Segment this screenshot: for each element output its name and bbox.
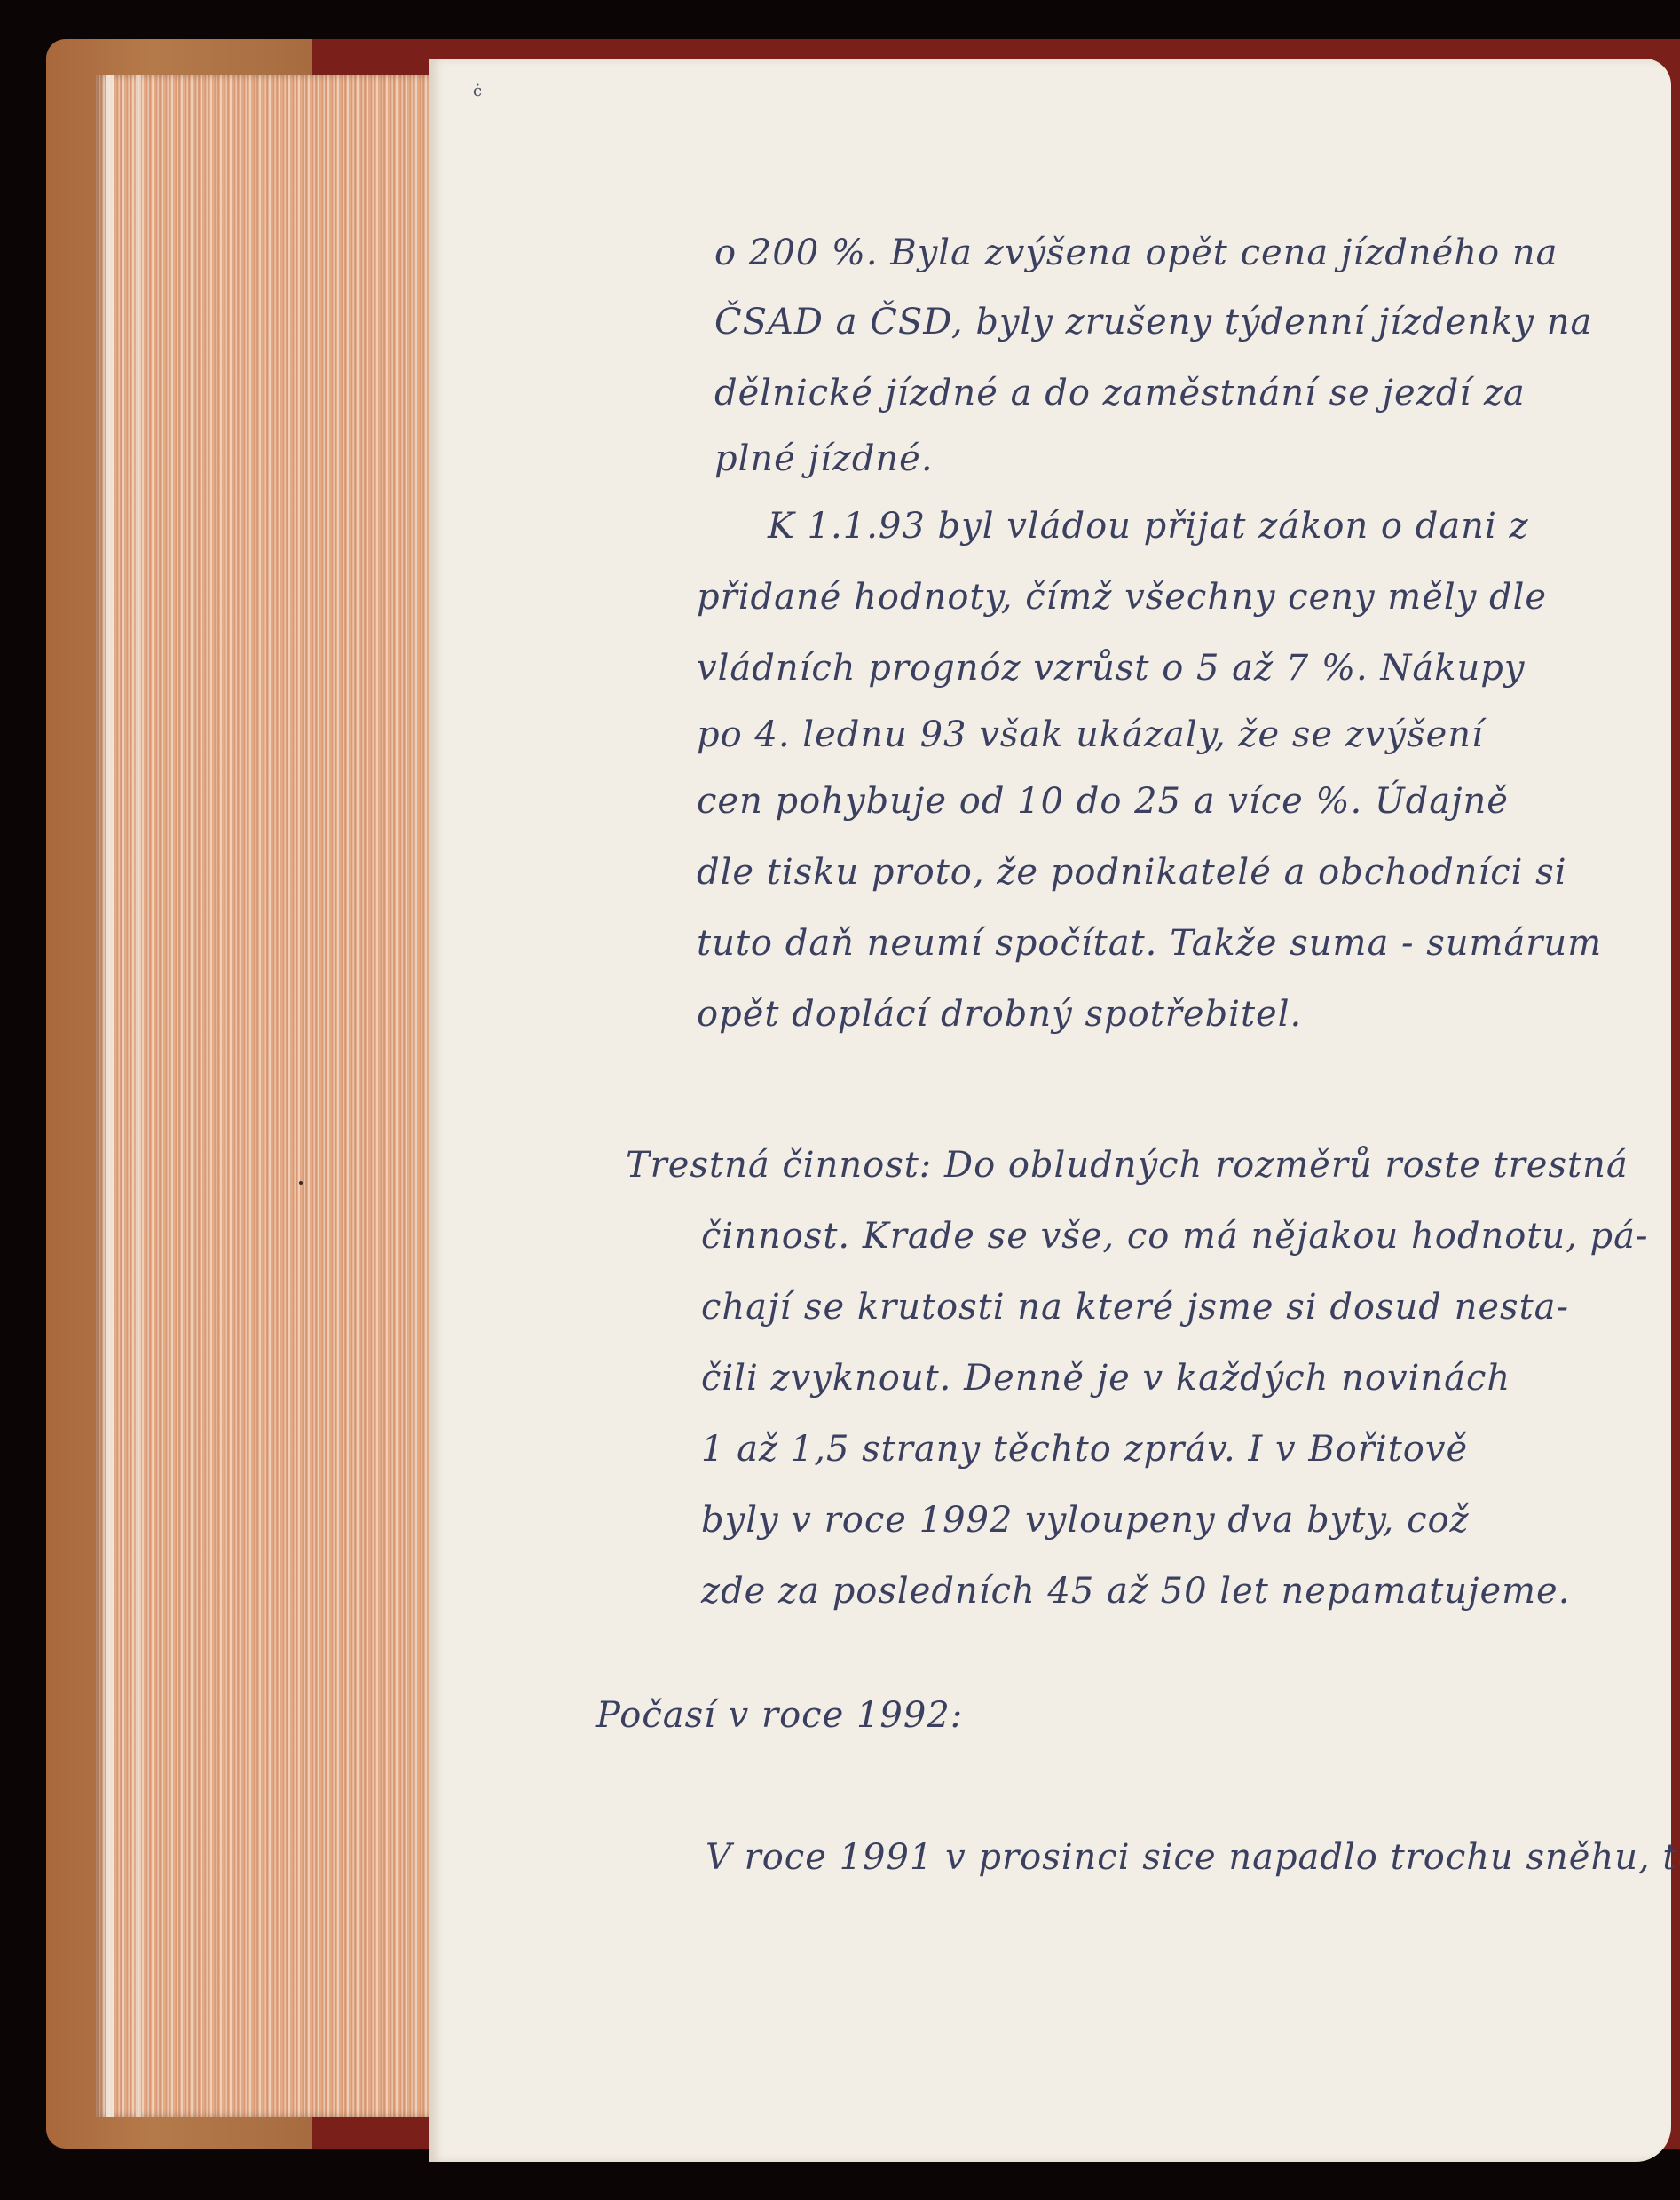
page-mark: ċ (473, 82, 482, 100)
text-line: chají se krutosti na které jsme si dosud… (701, 1287, 1569, 1328)
page-edge-highlight (136, 75, 141, 2117)
section-heading: Počasí v roce 1992: (596, 1695, 963, 1736)
section-heading-line: Trestná činnost: Do obludných rozměrů ro… (626, 1145, 1629, 1186)
text-line: tuto daň neumí spočítat. Takže suma - su… (697, 923, 1602, 964)
text-line: 1 až 1,5 strany těchto zpráv. I v Bořito… (701, 1429, 1468, 1470)
text-line: dle tisku proto, že podnikatelé a obchod… (697, 852, 1567, 893)
text-line: ČSAD a ČSD, byly zrušeny týdenní jízdenk… (714, 302, 1592, 343)
text-line: opět doplácí drobný spotřebitel. (697, 994, 1302, 1035)
text-line: přidané hodnoty, čímž všechny ceny měly … (697, 577, 1547, 618)
text-line: o 200 %. Byla zvýšena opět cena jízdného… (714, 233, 1558, 273)
text-line: po 4. lednu 93 však ukázaly, že se zvýše… (697, 714, 1484, 755)
ink-spot (299, 1181, 303, 1185)
text-line: vládních prognóz vzrůst o 5 až 7 %. Náku… (697, 648, 1525, 689)
text-line: dělnické jízdné a do zaměstnání se jezdí… (714, 373, 1526, 414)
text-line: čili zvyknout. Denně je v každých noviná… (701, 1358, 1510, 1399)
text-line: zde za posledních 45 až 50 let nepamatuj… (701, 1571, 1570, 1612)
text-line: byly v roce 1992 vyloupeny dva byty, což (701, 1500, 1470, 1541)
page-stack-edge (96, 75, 429, 2117)
text-line: plné jízdné. (714, 438, 934, 479)
page-edge-highlight (106, 75, 114, 2117)
text-line: cen pohybuje od 10 do 25 a více %. Údajn… (697, 781, 1509, 822)
text-line: činnost. Krade se vše, co má nějakou hod… (701, 1216, 1649, 1257)
text-line: V roce 1991 v prosinci sice napadlo troc… (706, 1837, 1680, 1878)
text-line: K 1.1.93 byl vládou přijat zákon o dani … (768, 506, 1529, 547)
